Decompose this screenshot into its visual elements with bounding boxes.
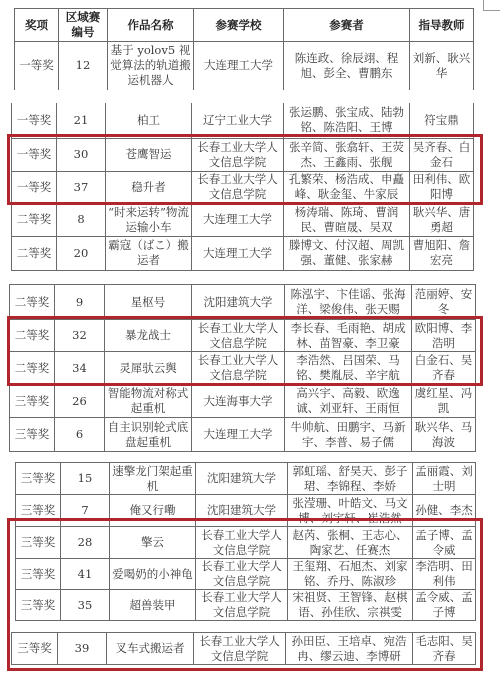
table-row: 三等奖 41 爱喝奶的小神龟 长春工业大学人文信息学院 王玺翔、石旭杰、刘家铭、…: [16, 559, 476, 590]
cell-school: 沈阳建筑大学: [196, 463, 288, 495]
cell-work: 智能物流对称式起重机: [105, 385, 192, 418]
cell-school: 大连理工大学: [192, 236, 284, 270]
table-row: 一等奖 12 基于 yolov5 视觉算法的轨道搬运机器人 大连理工大学 陈连政…: [15, 42, 474, 90]
cell-school: 长春工业大学人文信息学院: [196, 590, 288, 621]
cell-participants: 张辛简、张翕轩、王荧杰、王鑫雨、张舰: [284, 138, 410, 171]
cell-award: 三等奖: [16, 527, 61, 559]
cell-advisors: 虞红星、冯凯: [412, 385, 476, 418]
cell-participants: 张滢珊、叶皓文、马文博、刘宇轩、崔浩然: [288, 495, 413, 527]
cell-school: 大连海事大学: [192, 385, 285, 418]
cell-participants: 郭虹瑶、舒昊天、彭子珺、李锦程、李娇: [288, 463, 413, 495]
cell-id: 21: [57, 103, 106, 138]
header-award: 奖项: [15, 9, 59, 42]
cell-award: 一等奖: [15, 42, 59, 90]
cell-award: 三等奖: [16, 590, 61, 621]
cell-work: 灵犀驮云舆: [105, 352, 192, 385]
cell-school: 大连理工大学: [192, 418, 285, 452]
cell-advisors: 孙健、李杰: [413, 495, 476, 527]
cell-advisors: 毛志阳、吴齐春: [413, 633, 476, 665]
cell-id: 39: [58, 633, 107, 665]
cell-id: 15: [61, 463, 110, 495]
cell-id: 8: [57, 203, 106, 236]
cell-work: 超兽装甲: [110, 590, 196, 621]
cell-participants: 滕博文、付汉超、周凯强、董健、张家赫: [284, 236, 410, 270]
table-row: 三等奖 35 超兽装甲 长春工业大学人文信息学院 宋祖贤、王智锋、赵棋语、孙佳欣…: [16, 590, 476, 621]
cell-school: 辽宁工业大学: [192, 103, 284, 138]
header-id: 区域赛编号: [59, 9, 108, 42]
cell-work: 星枢号: [105, 285, 192, 320]
cell-id: 12: [59, 42, 108, 90]
cell-award: 二等奖: [10, 285, 55, 320]
cell-participants: 杨涛瑞、陈琦、曹润民、曹暄晟、吴双: [284, 203, 410, 236]
award-table-segment-1: 奖项 区域赛编号 作品名称 参赛学校 参赛者 指导教师 一等奖 12 基于 yo…: [14, 8, 474, 90]
table-row: 一等奖 21 柏工 辽宁工业大学 张运鹏、张宝成、陆勃铭、陈浩阳、王博 符宝鼎: [12, 103, 474, 138]
cell-id: 28: [61, 527, 110, 559]
cell-school: 长春工业大学人文信息学院: [192, 171, 284, 203]
cell-award: 三等奖: [12, 633, 58, 665]
cell-participants: 王玺翔、石旭杰、刘家铭、乔丹、陈淑珍: [288, 559, 413, 590]
cell-participants: 陈泓宇、卞佳谣、张海洋、梁俊伟、张天赐: [285, 285, 412, 320]
cell-school: 长春工业大学人文信息学院: [192, 138, 284, 171]
cell-advisors: 孟丽霞、刘士明: [413, 463, 476, 495]
table-row: 三等奖 7 俺又行嘞 沈阳建筑大学 张滢珊、叶皓文、马文博、刘宇轩、崔浩然 孙健…: [16, 495, 476, 527]
header-school: 参赛学校: [194, 9, 284, 42]
cell-id: 26: [55, 385, 105, 418]
cell-id: 20: [57, 236, 106, 270]
cell-award: 三等奖: [10, 418, 55, 452]
cell-award: 三等奖: [16, 463, 61, 495]
cell-award: 二等奖: [10, 320, 55, 352]
cell-participants: 李浩然、吕国荣、马铭、樊胤辰、辛宇航: [285, 352, 412, 385]
cell-award: 一等奖: [12, 103, 57, 138]
cell-advisors: 耿兴华、唐勇超: [410, 203, 474, 236]
cell-school: 长春工业大学人文信息学院: [196, 559, 288, 590]
cell-work: 基于 yolov5 视觉算法的轨道搬运机器人: [108, 42, 194, 90]
cell-school: 大连理工大学: [192, 203, 284, 236]
cell-school: 沈阳建筑大学: [196, 495, 288, 527]
cell-work: 柏工: [106, 103, 192, 138]
cell-participants: 孔繁荣、杨浩成、申矗峰、耿金玺、牛家辰: [284, 171, 410, 203]
cell-work: 速擎龙门架起重机: [110, 463, 196, 495]
table-row: 二等奖 34 灵犀驮云舆 长春工业大学人文信息学院 李浩然、吕国荣、马铭、樊胤辰…: [10, 352, 476, 385]
cell-advisors: 耿兴华、马海波: [412, 418, 476, 452]
table-row: 三等奖 6 自主识别轮式底盘起重机 大连理工大学 牛帅航、田鹏宇、马新宇、李普、…: [10, 418, 476, 452]
cell-participants: 赵芮、张桐、王志心、陶家艺、任赛杰: [288, 527, 413, 559]
cell-award: 二等奖: [12, 236, 57, 270]
header-advisors: 指导教师: [410, 9, 474, 42]
cell-id: 6: [55, 418, 105, 452]
cell-id: 41: [61, 559, 110, 590]
cell-advisors: 吴齐春、白金石: [410, 138, 474, 171]
award-table-segment-3: 二等奖 9 星枢号 沈阳建筑大学 陈泓宇、卞佳谣、张海洋、梁俊伟、张天赐 范丽婷…: [9, 284, 476, 452]
cell-participants: 陈连政、徐辰翊、程旭、彭全、曹鹏东: [284, 42, 410, 90]
cell-award: 一等奖: [12, 171, 57, 203]
cell-award: 三等奖: [10, 385, 55, 418]
cell-id: 34: [55, 352, 105, 385]
cell-award: 三等奖: [16, 495, 61, 527]
cell-school: 长春工业大学人文信息学院: [192, 320, 285, 352]
header-work: 作品名称: [108, 9, 194, 42]
cell-id: 9: [55, 285, 105, 320]
cell-advisors: 孟令威、孟子博: [413, 590, 476, 621]
cell-work: 稳升者: [106, 171, 192, 203]
cell-work: 俺又行嘞: [110, 495, 196, 527]
cell-award: 二等奖: [10, 352, 55, 385]
table-row: 二等奖 9 星枢号 沈阳建筑大学 陈泓宇、卞佳谣、张海洋、梁俊伟、张天赐 范丽婷…: [10, 285, 476, 320]
cell-participants: 牛帅航、田鹏宇、马新宇、李普、易子儒: [285, 418, 412, 452]
cell-award: 二等奖: [12, 203, 57, 236]
cell-work: 苍鹰智运: [106, 138, 192, 171]
cell-participants: 孙田臣、王培卓、宛浩冉、缪云迪、李博研: [286, 633, 413, 665]
cell-advisors: 白金石、吴齐春: [412, 352, 476, 385]
table-row: 二等奖 20 霸寇（ばこ）搬运者 大连理工大学 滕博文、付汉超、周凯强、董健、张…: [12, 236, 474, 270]
award-table-segment-2: 一等奖 21 柏工 辽宁工业大学 张运鹏、张宝成、陆勃铭、陈浩阳、王博 符宝鼎 …: [11, 103, 474, 271]
table-row: 二等奖 8 “时来运转”物流运输小车 大连理工大学 杨涛瑞、陈琦、曹润民、曹暄晟…: [12, 203, 474, 236]
cell-participants: 李长春、毛雨艳、胡成林、苗智豪、李卫豪: [285, 320, 412, 352]
page-corner-mark: [483, 0, 500, 11]
cell-school: 长春工业大学人文信息学院: [194, 633, 286, 665]
cell-work: 自主识别轮式底盘起重机: [105, 418, 192, 452]
cell-advisors: 刘新、耿兴华: [410, 42, 474, 90]
cell-id: 32: [55, 320, 105, 352]
table-row: 三等奖 28 擎云 长春工业大学人文信息学院 赵芮、张桐、王志心、陶家艺、任赛杰…: [16, 527, 476, 559]
cell-id: 35: [61, 590, 110, 621]
cell-school: 大连理工大学: [194, 42, 284, 90]
cell-advisors: 欧阳博、李浩明: [412, 320, 476, 352]
cell-work: 叉车式搬运者: [107, 633, 194, 665]
cell-participants: 高兴宇、高毅、欧逸诚、刘亚轩、王雨恒: [285, 385, 412, 418]
cell-school: 长春工业大学人文信息学院: [192, 352, 285, 385]
cell-school: 长春工业大学人文信息学院: [196, 527, 288, 559]
cell-work: 爱喝奶的小神龟: [110, 559, 196, 590]
table-row: 三等奖 15 速擎龙门架起重机 沈阳建筑大学 郭虹瑶、舒昊天、彭子珺、李锦程、李…: [16, 463, 476, 495]
cell-participants: 张运鹏、张宝成、陆勃铭、陈浩阳、王博: [284, 103, 410, 138]
cell-id: 7: [61, 495, 110, 527]
header-participants: 参赛者: [284, 9, 410, 42]
award-table-segment-5: 三等奖 39 叉车式搬运者 长春工业大学人文信息学院 孙田臣、王培卓、宛浩冉、缪…: [11, 632, 476, 665]
cell-advisors: 曹旭阳、詹宏亮: [410, 236, 474, 270]
cell-award: 三等奖: [16, 559, 61, 590]
cell-advisors: 孟子博、孟令威: [413, 527, 476, 559]
cell-work: 暴龙战士: [105, 320, 192, 352]
table-row: 三等奖 39 叉车式搬运者 长春工业大学人文信息学院 孙田臣、王培卓、宛浩冉、缪…: [12, 633, 476, 665]
cell-work: 擎云: [110, 527, 196, 559]
cell-school: 沈阳建筑大学: [192, 285, 285, 320]
cell-advisors: 李浩明、田利伟: [413, 559, 476, 590]
table-header-row: 奖项 区域赛编号 作品名称 参赛学校 参赛者 指导教师: [15, 9, 474, 42]
cell-advisors: 符宝鼎: [410, 103, 474, 138]
cell-advisors: 范丽婷、安冬: [412, 285, 476, 320]
cell-award: 一等奖: [12, 138, 57, 171]
cell-work: “时来运转”物流运输小车: [106, 203, 192, 236]
award-table-segment-4: 三等奖 15 速擎龙门架起重机 沈阳建筑大学 郭虹瑶、舒昊天、彭子珺、李锦程、李…: [15, 462, 476, 621]
cell-participants: 宋祖贤、王智锋、赵棋语、孙佳欣、宗祺雯: [288, 590, 413, 621]
table-row: 三等奖 26 智能物流对称式起重机 大连海事大学 高兴宇、高毅、欧逸诚、刘亚轩、…: [10, 385, 476, 418]
table-row: 一等奖 37 稳升者 长春工业大学人文信息学院 孔繁荣、杨浩成、申矗峰、耿金玺、…: [12, 171, 474, 203]
table-row: 二等奖 32 暴龙战士 长春工业大学人文信息学院 李长春、毛雨艳、胡成林、苗智豪…: [10, 320, 476, 352]
cell-work: 霸寇（ばこ）搬运者: [106, 236, 192, 270]
table-row: 一等奖 30 苍鹰智运 长春工业大学人文信息学院 张辛简、张翕轩、王荧杰、王鑫雨…: [12, 138, 474, 171]
cell-id: 30: [57, 138, 106, 171]
cell-id: 37: [57, 171, 106, 203]
cell-advisors: 田利伟、欧阳博: [410, 171, 474, 203]
